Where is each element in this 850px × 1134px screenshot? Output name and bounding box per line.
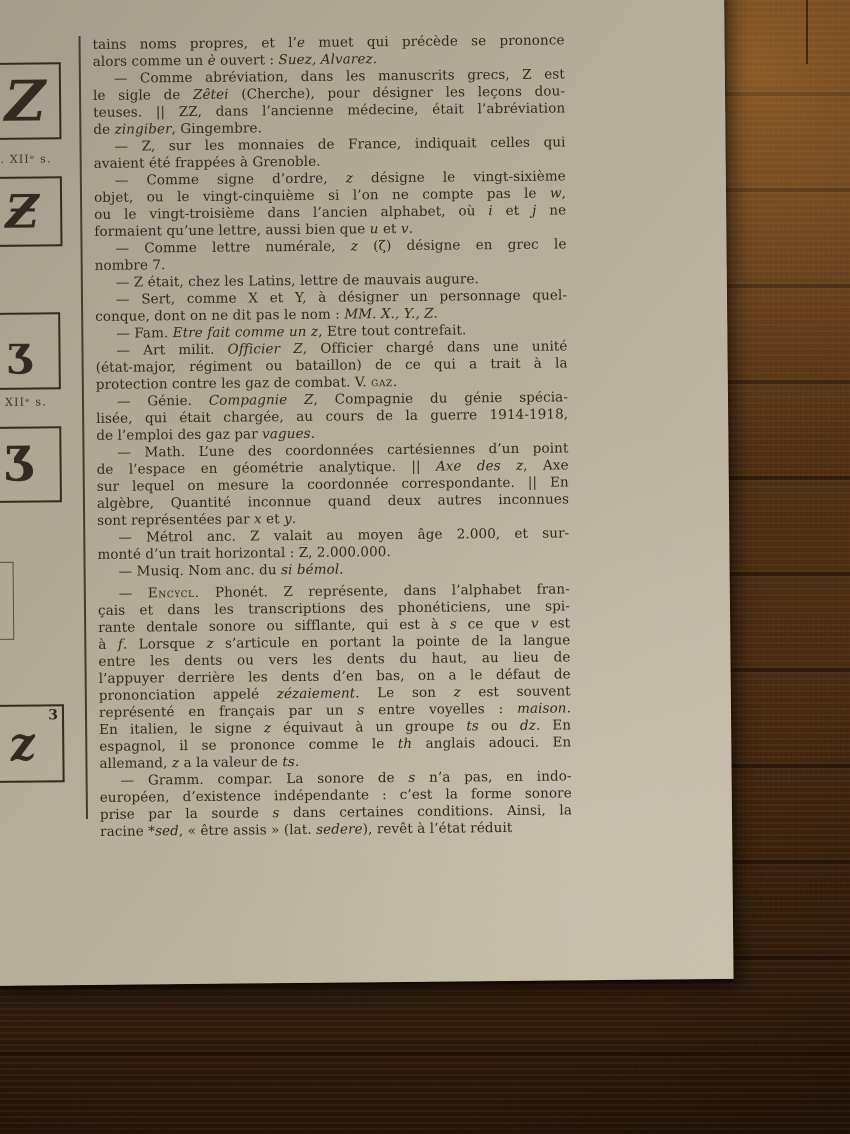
text-segment: anglais adouci. En — [412, 734, 571, 752]
text-segment: — Gramm. compar. La sonore de — [121, 770, 409, 789]
text-segment: Axe des z — [436, 458, 524, 475]
wood-crack-line — [806, 0, 808, 64]
text-segment: teuses. || ZZ, dans l’ancienne médecine,… — [93, 100, 565, 121]
text-segment: , Officier chargé dans une unité — [303, 338, 568, 357]
letterform-box: Z — [0, 62, 61, 140]
text-segment: avaient été frappées à Grenoble. — [94, 154, 321, 172]
text-line: — Musiq. Nom anc. du si bémol. — [98, 559, 570, 581]
text-segment: Z — [299, 545, 308, 561]
text-segment: formaient qu’une lettre, aussi bien que — [94, 221, 370, 240]
text-segment: si bémol. — [281, 562, 344, 579]
letterform-box: 3 z — [0, 704, 65, 783]
letterform-glyph-blackletter-Z: Z — [0, 73, 46, 130]
text-segment: allemand, — [99, 755, 172, 772]
text-segment: ts — [466, 718, 479, 734]
text-segment: — Sert, comme X et Y, à désigner un pers… — [116, 287, 567, 307]
text-segment: ), revêt à l’état réduit — [363, 820, 513, 837]
text-segment: zézaiement — [277, 685, 356, 702]
text-segment: — Métrol anc. Z valait au moyen âge 2.00… — [118, 525, 569, 545]
text-segment: tains noms propres, et l’ — [92, 35, 297, 53]
text-segment: . — [393, 374, 398, 390]
text-segment: muet qui précède se prononce — [305, 32, 565, 50]
text-line: racine *sed, « être assis » (lat. sedere… — [100, 819, 572, 841]
text-segment: ne — [536, 202, 566, 218]
text-segment: Encycl. — [148, 585, 200, 601]
text-segment: prise par la sourde — [100, 805, 273, 823]
text-segment: lisée, qui était chargée, au cours de la… — [96, 406, 568, 427]
text-segment: — Comme lettre numérale, — [115, 238, 350, 256]
dictionary-text-column: tains noms propres, et l’e muet qui préc… — [92, 32, 572, 840]
letterform-box-partial — [0, 562, 14, 640]
text-segment: est — [539, 615, 571, 631]
text-segment: . En — [536, 717, 571, 733]
text-segment: ts — [282, 754, 295, 770]
text-segment: , — [562, 185, 567, 201]
text-segment: algèbre, Quantité inconnue quand deux au… — [97, 491, 569, 512]
text-segment: prononciation appelé — [99, 686, 277, 704]
figure-number-badge: 3 — [48, 707, 58, 723]
text-segment: — Art milit. — [116, 342, 227, 359]
text-segment: dans certaines conditions. Ainsi, la — [279, 802, 572, 821]
text-segment: n’a pas, en indo- — [415, 768, 571, 785]
text-segment: — Musiq. Nom anc. du — [119, 562, 282, 580]
text-segment: de — [93, 122, 114, 138]
text-segment: Compagnie Z — [209, 392, 314, 409]
text-segment: est souvent — [461, 683, 571, 700]
letterform-box: ʒ — [0, 312, 61, 390]
text-segment: . — [292, 511, 297, 527]
text-segment: Officier Z — [228, 341, 303, 358]
text-segment: désigne le vingt-sixième — [353, 168, 566, 186]
text-segment: espagnol, il se prononce comme le — [99, 736, 398, 755]
text-segment: w — [550, 185, 562, 201]
text-segment: , Compagnie du génie spécia- — [313, 389, 568, 407]
text-segment: Etre fait comme un z — [173, 324, 319, 341]
text-segment: . — [409, 221, 414, 237]
text-segment: y — [284, 511, 292, 527]
text-segment: gaz — [371, 374, 393, 390]
text-segment: rante dentale sonore ou sifflante, qui e… — [98, 617, 450, 636]
text-segment: , Etre tout contrefait. — [318, 322, 466, 339]
letterform-glyph-small-z: ʒ — [7, 330, 31, 372]
text-segment: de l’espace en géométrie analytique. || — [97, 459, 436, 478]
text-segment: ce que — [457, 616, 531, 633]
text-segment: et — [378, 221, 401, 237]
text-segment: sont représentées par — [97, 511, 254, 529]
text-segment: , « être assis » (lat. — [179, 822, 316, 839]
text-segment: e — [297, 35, 305, 51]
text-segment: En italien, le signe — [99, 720, 264, 738]
text-segment: dz — [520, 718, 536, 734]
letterform-glyph-ezh-Z: Ʒ — [4, 441, 36, 489]
text-segment: monté d’un trait horizontal : — [97, 545, 299, 563]
text-segment: a la valeur de — [179, 754, 282, 771]
text-segment: . — [295, 754, 300, 770]
text-segment: Zêtei — [193, 87, 229, 103]
text-segment: — Z, sur les monnaies de France, indiqua… — [114, 134, 565, 154]
text-segment: . — [311, 426, 316, 442]
text-segment: Suez, Alvarez. — [278, 51, 377, 68]
text-segment: le sigle de — [93, 87, 193, 104]
text-segment: , Axe — [523, 457, 569, 473]
text-segment: alors comme un — [93, 53, 208, 70]
figure-caption: l. XIIᵉ s. — [0, 152, 68, 166]
text-segment: équivaut à un groupe — [271, 718, 466, 736]
text-segment: sed — [155, 823, 179, 839]
text-segment: ouvert : — [216, 52, 279, 69]
text-segment: nombre 7. — [95, 257, 166, 274]
text-segment: entre voyelles : — [364, 701, 517, 718]
text-segment: à — [98, 637, 118, 653]
text-segment: maison. — [517, 700, 571, 717]
text-segment: représenté en français par un — [99, 702, 358, 720]
text-segment: è — [208, 53, 216, 69]
letterform-box: Ƶ — [0, 176, 63, 247]
text-segment: et — [262, 511, 285, 527]
letterform-glyph-cursive-z: z — [7, 719, 38, 768]
text-segment: conque, dont on ne dit pas le nom : — [95, 307, 344, 325]
text-segment: , Gingembre. — [172, 120, 263, 137]
text-segment: — Fam. — [116, 325, 173, 342]
text-segment: (Cherche), pour désigner les leçons dou- — [229, 83, 566, 102]
text-segment: sedere — [316, 821, 363, 837]
figure-caption: XIIᵉ s. — [0, 395, 70, 409]
text-segment: (ζ) désigne en grec le — [358, 236, 567, 254]
text-segment: vagues — [262, 426, 311, 442]
text-segment: — Comme signe d’ordre, — [115, 171, 346, 189]
text-segment: de l’emploi des gaz par — [96, 426, 262, 444]
text-segment: racine * — [100, 823, 155, 840]
letterform-glyph-medieval-Z: Ƶ — [0, 188, 39, 234]
text-segment: et — [493, 203, 533, 219]
book-page: Z l. XIIᵉ s. Ƶ ʒ XIIᵉ s. Ʒ 3 z tains nom… — [0, 0, 734, 986]
letterform-box: Ʒ — [0, 426, 62, 503]
text-segment: ou le vingt-troisième dans l’ancien alph… — [94, 203, 488, 223]
text-segment: protection contre les gaz de combat. V. — [96, 374, 371, 393]
text-segment: zingiber — [115, 121, 172, 138]
photo-of-dictionary-page: Z l. XIIᵉ s. Ƶ ʒ XIIᵉ s. Ʒ 3 z tains nom… — [0, 0, 850, 1134]
column-rule — [78, 36, 88, 819]
text-segment: . Le son — [355, 685, 454, 702]
text-segment: (état-major, régiment ou bataillon) de c… — [96, 355, 568, 376]
text-segment: MM. X., Y., Z. — [344, 306, 438, 323]
text-segment: u — [370, 221, 379, 237]
text-segment: ou — [479, 718, 520, 734]
text-segment: — — [119, 585, 148, 601]
text-segment: th — [398, 736, 412, 752]
text-segment: x — [254, 511, 262, 527]
text-segment: , 2.000.000. — [308, 544, 391, 561]
text-segment: — Génie. — [117, 393, 209, 410]
text-segment: . Lorsque — [123, 636, 207, 653]
